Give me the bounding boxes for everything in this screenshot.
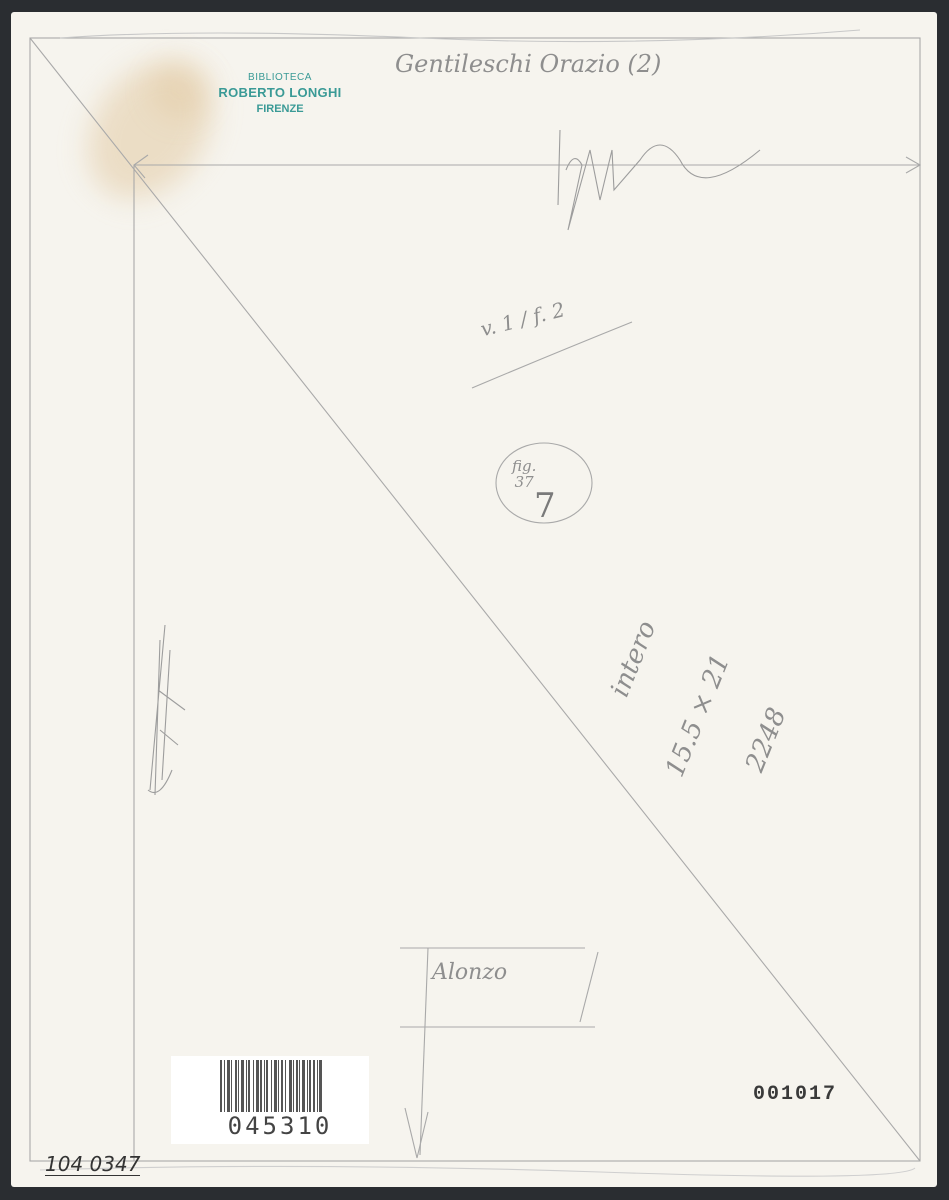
barcode-number: 045310 [171,1112,369,1140]
pencil-guidelines [0,0,949,1200]
figure-old-number: 37 [512,474,536,490]
barcode-label: 045310 [171,1056,369,1144]
handwritten-figure-number: 7 [534,486,556,526]
handwritten-title: Gentileschi Orazio (2) [395,50,661,78]
barcode-icon [220,1060,340,1112]
inventory-number: 104 0347 [45,1153,140,1176]
figure-label: fig. [512,458,536,474]
stamp-line-biblioteca: BIBLIOTECA [205,72,355,83]
stamp-line-roberto-longhi: ROBERTO LONGHI [205,85,355,100]
serial-stamp: 001017 [753,1083,837,1106]
handwritten-figure-label: fig. 37 [512,458,536,490]
handwritten-box-label: Alonzo [432,960,507,985]
stamp-line-firenze: FIRENZE [205,103,355,115]
library-stamp: BIBLIOTECA ROBERTO LONGHI FIRENZE [205,72,355,115]
